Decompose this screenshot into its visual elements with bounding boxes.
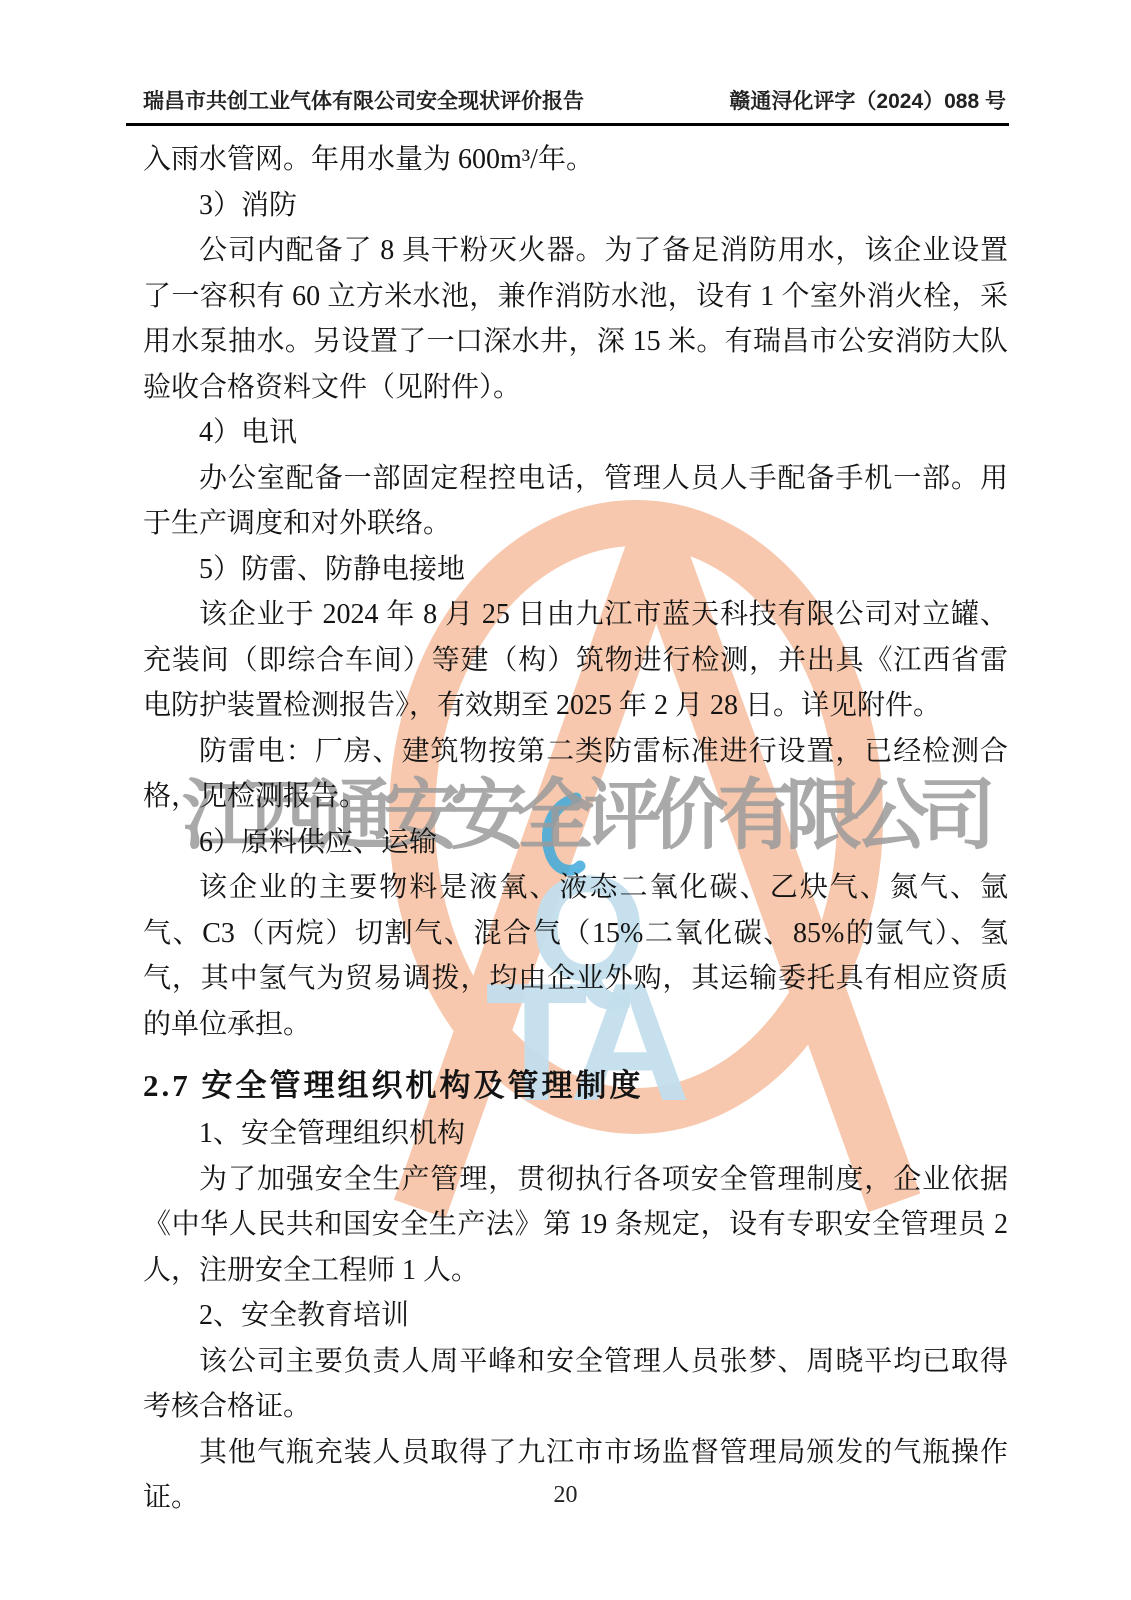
section-heading: 2.7 安全管理组织机构及管理制度 — [143, 1061, 1008, 1111]
body-paragraph: 入雨水管网。年用水量为 600m³/年。 — [143, 137, 1008, 183]
document-body: 入雨水管网。年用水量为 600m³/年。3）消防公司内配备了 8 具干粉灭火器。… — [0, 126, 1131, 1521]
header-doc-number: 赣通浔化评字（2024）088 号 — [729, 90, 1006, 114]
document-content: 瑞昌市共创工业气体有限公司安全现状评价报告 赣通浔化评字（2024）088 号 … — [0, 0, 1131, 1521]
body-paragraph: 防雷电：厂房、建筑物按第二类防雷标准进行设置，已经检测合格，见检测报告。 — [143, 729, 1008, 820]
page-header: 瑞昌市共创工业气体有限公司安全现状评价报告 赣通浔化评字（2024）088 号 — [0, 0, 1131, 114]
body-paragraph: 5）防雷、防静电接地 — [143, 547, 1008, 593]
body-paragraph: 2、安全教育培训 — [143, 1293, 1008, 1339]
document-page: Q TA 江西通安安全评价有限公司 瑞昌市共创工业气体有限公司安全现状评价报告 … — [0, 0, 1131, 1600]
body-paragraph: 该企业于 2024 年 8 月 25 日由九江市蓝天科技有限公司对立罐、充装间（… — [143, 592, 1008, 729]
body-paragraph: 3）消防 — [143, 183, 1008, 229]
page-footer: 20 — [0, 1482, 1131, 1508]
body-paragraph: 该企业的主要物料是液氧、液态二氧化碳、乙炔气、氮气、氩气、C3（丙烷）切割气、混… — [143, 865, 1008, 1047]
body-paragraph: 1、安全管理组织机构 — [143, 1111, 1008, 1157]
header-report-title: 瑞昌市共创工业气体有限公司安全现状评价报告 — [143, 90, 584, 114]
page-number: 20 — [554, 1482, 578, 1508]
body-paragraph: 4）电讯 — [143, 410, 1008, 456]
body-paragraph: 6）原料供应、运输 — [143, 820, 1008, 866]
body-paragraph: 办公室配备一部固定程控电话，管理人员人手配备手机一部。用于生产调度和对外联络。 — [143, 456, 1008, 547]
body-paragraph: 该公司主要负责人周平峰和安全管理人员张梦、周晓平均已取得考核合格证。 — [143, 1339, 1008, 1430]
body-paragraph: 为了加强安全生产管理，贯彻执行各项安全管理制度，企业依据《中华人民共和国安全生产… — [143, 1157, 1008, 1294]
body-paragraph: 公司内配备了 8 具干粉灭火器。为了备足消防用水，该企业设置了一容积有 60 立… — [143, 228, 1008, 410]
